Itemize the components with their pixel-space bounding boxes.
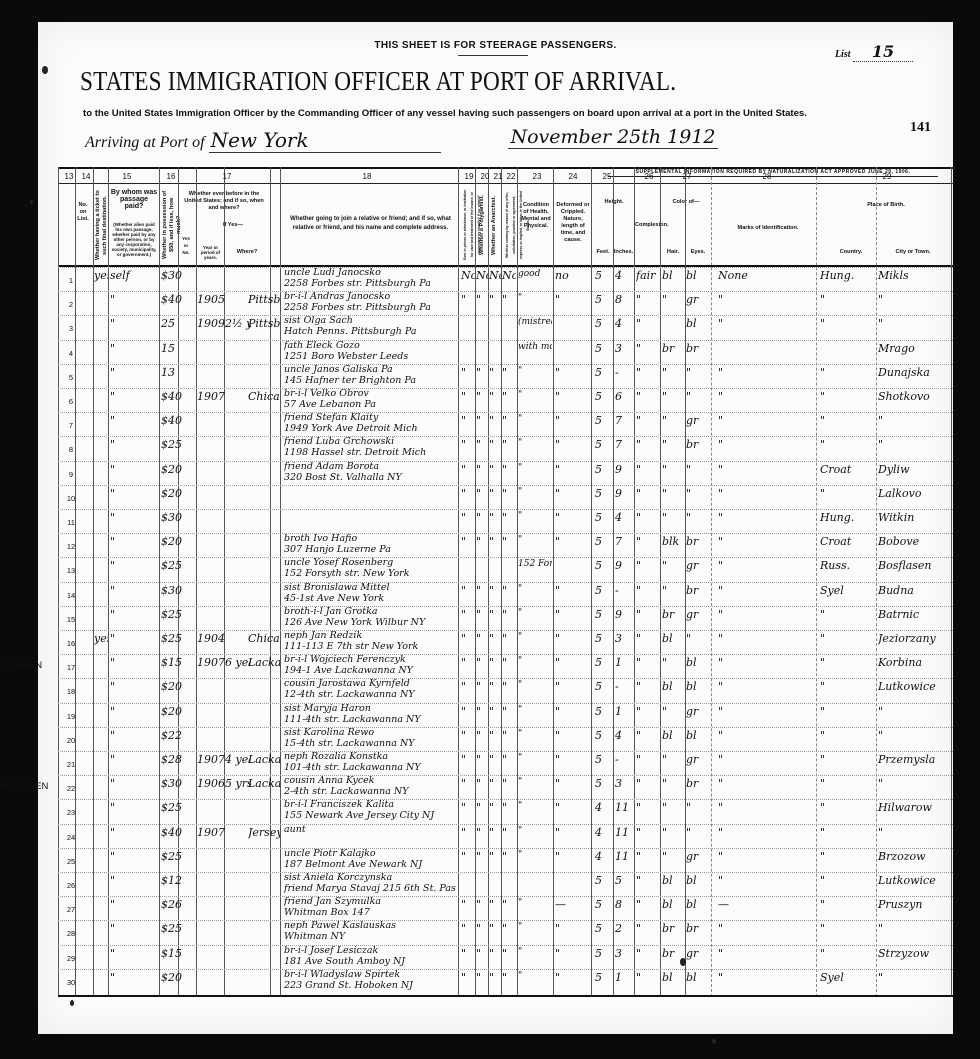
- page-title: STATES IMMIGRATION OFFICER AT PORT OF AR…: [80, 66, 676, 97]
- cell-ft: 5: [595, 922, 611, 935]
- cell-health: ": [518, 366, 552, 376]
- cell-h20: ": [476, 777, 488, 790]
- manifest-sheet: THIS SHEET IS FOR STEERAGE PASSENGERS. L…: [38, 22, 953, 1034]
- cell-relative: neph Jan Redzik: [284, 630, 456, 641]
- cell-deformed: ": [555, 293, 589, 306]
- cell-deformed: ": [555, 801, 589, 814]
- cell-ft: 5: [595, 511, 611, 524]
- cell-h20: ": [476, 366, 488, 379]
- cell-in: 5: [615, 874, 633, 887]
- cell-ft: 4: [595, 826, 611, 839]
- cell-country: ": [820, 680, 875, 693]
- scan-artifact: [70, 1000, 74, 1006]
- cell-in: 3: [615, 342, 633, 355]
- cell-deformed: ": [555, 922, 589, 935]
- cell-relative: aunt: [284, 824, 456, 835]
- arrival-date: November 25th 1912: [508, 126, 718, 149]
- cell-eyes: ": [686, 463, 710, 476]
- cell-marks: ": [718, 729, 813, 742]
- cell-country: ": [820, 366, 875, 379]
- cell-h19: ": [461, 850, 475, 863]
- cell-hair: bl: [662, 898, 684, 911]
- cell-h20: ": [476, 850, 488, 863]
- cell-deformed: ": [555, 366, 589, 379]
- header-polygamist: Whether a Polygamist.: [479, 189, 486, 261]
- column-number: 15: [118, 172, 136, 181]
- cell-in: 4: [615, 729, 633, 742]
- cell-city: Brzozow: [878, 850, 950, 863]
- cell-h22: ": [502, 656, 516, 669]
- cell-where: Lackawanna NY: [248, 753, 280, 766]
- cell-in: -: [615, 584, 633, 597]
- header-marks: Marks of Identification.: [718, 225, 818, 232]
- cell-country: Russ.: [820, 559, 875, 572]
- cell-paid: ": [110, 293, 156, 306]
- cell-before: 1906: [197, 777, 227, 790]
- table-row: 1yesself$30NoNoNoNogoodno54fairblblNoneH…: [58, 267, 953, 290]
- cell-cplx: ": [636, 511, 658, 524]
- row-number: 23: [62, 808, 80, 817]
- cell-country: ": [820, 753, 875, 766]
- cell-hair: ": [662, 826, 684, 839]
- cell-ft: 5: [595, 705, 611, 718]
- cell-hair: ": [662, 511, 684, 524]
- cell-health: ": [518, 535, 552, 545]
- header-height: Height.: [594, 199, 634, 206]
- cell-money: $40: [161, 826, 196, 839]
- cell-paid: ": [110, 317, 156, 330]
- cell-h22: ": [502, 293, 516, 306]
- cell-eyes: bl: [686, 656, 710, 669]
- cell-relative: uncle Yosef Rosenberg: [284, 557, 456, 568]
- cell-h21: ": [489, 366, 501, 379]
- cell-health: ": [518, 608, 552, 618]
- cell-ft: 5: [595, 584, 611, 597]
- header-health: Condition of Health, Mental and Physical…: [520, 202, 552, 230]
- cell-address: 1251 Boro Webster Leeds: [284, 351, 456, 362]
- cell-deformed: no: [555, 269, 589, 282]
- cell-eyes: br: [686, 535, 710, 548]
- header-eyes: Eyes.: [686, 249, 710, 256]
- cell-country: ": [820, 922, 875, 935]
- cell-address: 145 Hafner ter Brighton Pa: [284, 375, 456, 386]
- cell-before: 1909: [197, 317, 227, 330]
- header-color: Color of—: [662, 199, 710, 206]
- cell-address: 152 Forsyth str. New York: [284, 568, 456, 579]
- cell-address: friend Marya Stavaj 215 6th St. Passaic …: [284, 883, 456, 894]
- cell-h21: No: [489, 269, 501, 282]
- cell-eyes: bl: [686, 874, 710, 887]
- cell-money: $20: [161, 487, 196, 500]
- table-row: 9"$20""""""59""""CroatDyliwfriend Adam B…: [58, 461, 953, 484]
- cell-relative: cousin Anna Kycek: [284, 775, 456, 786]
- cell-health: ": [518, 801, 552, 811]
- row-number: 24: [62, 833, 80, 842]
- cell-hair: ": [662, 777, 684, 790]
- cell-cplx: ": [636, 753, 658, 766]
- cell-before: 1907: [197, 390, 227, 403]
- divider: [458, 55, 528, 56]
- cell-relative: sist Olga Sach: [284, 315, 456, 326]
- cell-marks: ": [718, 947, 813, 960]
- list-number-value: 15: [853, 42, 913, 62]
- table-row: 22"$3019065 yrsLackawanna NY""""""53""br…: [58, 775, 953, 798]
- cell-relative: cousin Jarostawa Kyrnfeld: [284, 678, 456, 689]
- cell-h22: ": [502, 584, 516, 597]
- cell-relative: friend Stefan Klaity: [284, 412, 456, 423]
- cell-marks: ": [718, 293, 813, 306]
- cell-h22: ": [502, 801, 516, 814]
- cell-h19: ": [461, 535, 475, 548]
- cell-h22: ": [502, 366, 516, 379]
- cell-country: ": [820, 874, 875, 887]
- cell-relative: neph Pawel Kaslauskas: [284, 920, 456, 931]
- cell-h21: ": [489, 584, 501, 597]
- cell-paid: ": [110, 850, 156, 863]
- cell-ft: 5: [595, 608, 611, 621]
- cell-cplx: ": [636, 487, 658, 500]
- cell-health: ": [518, 971, 552, 981]
- table-row: 19"$20""""""51""gr"""sist Maryja Haron11…: [58, 703, 953, 726]
- cell-h20: ": [476, 826, 488, 839]
- column-number: 27: [678, 172, 696, 181]
- cell-relative: uncle Janos Galiska Pa: [284, 364, 456, 375]
- cell-marks: ": [718, 680, 813, 693]
- cell-hair: bl: [662, 632, 684, 645]
- cell-relative: uncle Piotr Kalajko: [284, 848, 456, 859]
- cell-health: ": [518, 584, 552, 594]
- port-value: New York: [209, 128, 441, 153]
- cell-paid: ": [110, 559, 156, 572]
- cell-paid: ": [110, 753, 156, 766]
- table-row: 13"$25152 Forsyth Sr.59""gr"Russ.Bosflas…: [58, 557, 953, 580]
- cell-h22: ": [502, 826, 516, 839]
- cell-money: $20: [161, 705, 196, 718]
- header-feet: Feet.: [594, 249, 612, 256]
- cell-country: ": [820, 438, 875, 451]
- cell-money: $12: [161, 874, 196, 887]
- cell-marks: ": [718, 584, 813, 597]
- cell-h19: ": [461, 947, 475, 960]
- cell-ft: 5: [595, 874, 611, 887]
- cell-cplx: ": [636, 922, 658, 935]
- cell-ft: 5: [595, 947, 611, 960]
- cell-h22: ": [502, 438, 516, 451]
- cell-h20: ": [476, 390, 488, 403]
- column-number: 24: [564, 172, 582, 181]
- cell-deformed: —: [555, 898, 589, 911]
- cell-health: ": [518, 632, 552, 642]
- cell-ft: 5: [595, 438, 611, 451]
- cell-h22: ": [502, 922, 516, 935]
- cell-health: ": [518, 777, 552, 787]
- cell-health: ": [518, 850, 552, 860]
- cell-country: ": [820, 608, 875, 621]
- cell-city: Pruszyn: [878, 898, 950, 911]
- cell-relative: sist Bronislawa Mittel: [284, 582, 456, 593]
- cell-hair: ": [662, 414, 684, 427]
- cell-marks: ": [718, 632, 813, 645]
- cell-paid: ": [110, 777, 156, 790]
- alien-stamp: NT ALIEN: [0, 660, 42, 671]
- manifest-table: SUPPLEMENTAL INFORMATION REQUIRED BY NAT…: [58, 167, 953, 997]
- cell-paid: ": [110, 463, 156, 476]
- cell-marks: ": [718, 535, 813, 548]
- cell-money: $30: [161, 777, 196, 790]
- cell-address: 15-4th str. Lackawanna NY: [284, 738, 456, 749]
- column-number: 29: [878, 172, 896, 181]
- header-hair: Hair.: [662, 249, 684, 256]
- cell-h20: ": [476, 947, 488, 960]
- cell-city: Shotkovo: [878, 390, 950, 403]
- cell-cplx: ": [636, 632, 658, 645]
- cell-eyes: gr: [686, 850, 710, 863]
- cell-h21: ": [489, 971, 501, 984]
- cell-paid: ": [110, 680, 156, 693]
- cell-money: 13: [161, 366, 196, 379]
- cell-h19: ": [461, 826, 475, 839]
- cell-ft: 5: [595, 366, 611, 379]
- cell-in: 3: [615, 947, 633, 960]
- cell-marks: ": [718, 559, 813, 572]
- cell-eyes: br: [686, 342, 710, 355]
- cell-relative: sist Maryja Haron: [284, 703, 456, 714]
- cell-address: Whitman NY: [284, 931, 456, 942]
- cell-paid: ": [110, 729, 156, 742]
- cell-cplx: ": [636, 414, 658, 427]
- cell-address: 181 Ave South Amboy NJ: [284, 956, 456, 967]
- cell-deformed: ": [555, 947, 589, 960]
- row-number: 11: [62, 518, 80, 527]
- cell-eyes: gr: [686, 559, 710, 572]
- cell-ticket: yes: [94, 632, 108, 645]
- cell-eyes: ": [686, 511, 710, 524]
- cell-paid: ": [110, 656, 156, 669]
- cell-h22: ": [502, 487, 516, 500]
- cell-address: 111-113 E 7th str New York: [284, 641, 456, 652]
- cell-in: 1: [615, 971, 633, 984]
- cell-address: 12-4th str. Lackawanna NY: [284, 689, 456, 700]
- cell-city: Batrnic: [878, 608, 950, 621]
- cell-address: 187 Belmont Ave Newark NJ: [284, 859, 456, 870]
- cell-h19: ": [461, 366, 475, 379]
- cell-paid: ": [110, 947, 156, 960]
- table-row: 28"$25""""""52"brbr"""neph Pawel Kaslaus…: [58, 920, 953, 943]
- cell-relative: broth Ivo Hafio: [284, 533, 456, 544]
- cell-h22: ": [502, 729, 516, 742]
- cell-city: ": [878, 317, 950, 330]
- cell-h19: ": [461, 922, 475, 935]
- cell-money: $25: [161, 559, 196, 572]
- cell-paid: self: [110, 269, 156, 282]
- cell-in: 1: [615, 656, 633, 669]
- cell-h22: ": [502, 414, 516, 427]
- cell-h20: ": [476, 680, 488, 693]
- cell-ft: 5: [595, 317, 611, 330]
- cell-hair: br: [662, 342, 684, 355]
- header-city: City or Town.: [878, 249, 948, 256]
- cell-ft: 5: [595, 656, 611, 669]
- cell-eyes: br: [686, 584, 710, 597]
- cell-hair: ": [662, 463, 684, 476]
- cell-paid: ": [110, 632, 156, 645]
- cell-city: ": [878, 922, 950, 935]
- cell-hair: bl: [662, 729, 684, 742]
- cell-address: 57 Ave Lebanon Pa: [284, 399, 456, 410]
- row-number: 29: [62, 954, 80, 963]
- cell-marks: ": [718, 511, 813, 524]
- table-row: 6"$401907Chicago Ill""""""56"""""Shotkov…: [58, 388, 953, 411]
- cell-city: Lalkovo: [878, 487, 950, 500]
- cell-h22: ": [502, 511, 516, 524]
- cell-paid: ": [110, 342, 156, 355]
- cell-in: 9: [615, 559, 633, 572]
- cell-marks: ": [718, 438, 813, 451]
- cell-marks: ": [718, 850, 813, 863]
- cell-country: Hung.: [820, 511, 875, 524]
- row-number: 20: [62, 736, 80, 745]
- cell-deformed: ": [555, 850, 589, 863]
- header-anarchist: Whether an Anarchist.: [491, 189, 498, 261]
- cell-eyes: gr: [686, 414, 710, 427]
- cell-eyes: br: [686, 777, 710, 790]
- cell-deformed: ": [555, 826, 589, 839]
- cell-h20: ": [476, 898, 488, 911]
- cell-ft: 5: [595, 729, 611, 742]
- column-number: 14: [77, 172, 95, 181]
- cell-marks: ": [718, 826, 813, 839]
- row-number: 18: [62, 687, 80, 696]
- header-relative: Whether going to join a relative or frie…: [283, 215, 458, 233]
- cell-cplx: ": [636, 463, 658, 476]
- cell-h22: ": [502, 777, 516, 790]
- cell-money: $30: [161, 269, 196, 282]
- cell-money: $15: [161, 656, 196, 669]
- cell-h21: ": [489, 511, 501, 524]
- scan-border-left: [0, 0, 38, 1059]
- cell-eyes: bl: [686, 729, 710, 742]
- cell-hair: ": [662, 656, 684, 669]
- cell-marks: ": [718, 317, 813, 330]
- cell-ft: 5: [595, 777, 611, 790]
- cell-in: 7: [615, 438, 633, 451]
- cell-cplx: ": [636, 535, 658, 548]
- cell-h19: ": [461, 608, 475, 621]
- cell-paid: ": [110, 366, 156, 379]
- cell-ft: 5: [595, 463, 611, 476]
- cell-cplx: ": [636, 947, 658, 960]
- cell-h21: ": [489, 826, 501, 839]
- cell-city: Lutkowice: [878, 874, 950, 887]
- header-ticket: Whether having a ticket to such final de…: [95, 189, 109, 261]
- row-number: 9: [62, 470, 80, 479]
- header-inches: Inches.: [613, 249, 634, 256]
- cell-hair: bl: [662, 680, 684, 693]
- cell-marks: ": [718, 366, 813, 379]
- cell-country: ": [820, 317, 875, 330]
- cell-hair: ": [662, 753, 684, 766]
- cell-paid: ": [110, 414, 156, 427]
- cell-money: $20: [161, 971, 196, 984]
- cell-country: ": [820, 705, 875, 718]
- cell-h21: ": [489, 777, 501, 790]
- cell-health: ": [518, 826, 552, 836]
- cell-h20: ": [476, 729, 488, 742]
- header-no-on-list: No. on List.: [76, 202, 90, 223]
- table-row: 16yes"$251904Chicago Ill""""""53"bl"""Je…: [58, 630, 953, 653]
- cell-eyes: gr: [686, 947, 710, 960]
- cell-health: with mother 19/30: [518, 342, 552, 352]
- cell-eyes: gr: [686, 608, 710, 621]
- cell-in: 2: [615, 922, 633, 935]
- cell-h22: ": [502, 971, 516, 984]
- row-number: 5: [62, 373, 80, 382]
- cell-marks: ": [718, 705, 813, 718]
- cell-cplx: ": [636, 801, 658, 814]
- cell-h22: ": [502, 680, 516, 693]
- row-number: 30: [62, 978, 80, 987]
- cell-money: $40: [161, 414, 196, 427]
- cell-deformed: ": [555, 729, 589, 742]
- cell-cplx: ": [636, 559, 658, 572]
- cell-cplx: ": [636, 705, 658, 718]
- cell-paid: ": [110, 535, 156, 548]
- cell-h21: ": [489, 487, 501, 500]
- cell-country: ": [820, 390, 875, 403]
- cell-where: Pittsburgh Pa: [248, 293, 280, 306]
- cell-h19: ": [461, 971, 475, 984]
- cell-hair: ": [662, 850, 684, 863]
- table-row: 10"$20""""""59"""""Lalkovo: [58, 485, 953, 508]
- cell-h21: ": [489, 705, 501, 718]
- cell-eyes: gr: [686, 753, 710, 766]
- row-number: 12: [62, 542, 80, 551]
- cell-money: $25: [161, 850, 196, 863]
- row-number: 19: [62, 712, 80, 721]
- cell-paid: ": [110, 584, 156, 597]
- cell-marks: ": [718, 414, 813, 427]
- cell-marks: ": [718, 463, 813, 476]
- cell-paid: ": [110, 922, 156, 935]
- cell-address: Whitman Box 147: [284, 907, 456, 918]
- table-row: 12"$20""""""57"blkbr"CroatBobovebroth Iv…: [58, 533, 953, 556]
- cell-h21: ": [489, 656, 501, 669]
- cell-marks: ": [718, 971, 813, 984]
- row-number: 8: [62, 445, 80, 454]
- cell-h20: ": [476, 705, 488, 718]
- row-number: 10: [62, 494, 80, 503]
- cell-marks: None: [718, 269, 813, 282]
- header-place-of-birth: Place of Birth.: [826, 202, 946, 209]
- header-passage-paid: By whom was passage paid?: [110, 189, 158, 210]
- cell-cplx: fair: [636, 269, 658, 282]
- row-number: 26: [62, 881, 80, 890]
- cell-h21: ": [489, 898, 501, 911]
- cell-h21: ": [489, 680, 501, 693]
- row-number: 27: [62, 905, 80, 914]
- cell-hair: br: [662, 922, 684, 935]
- table-row: 21"$2819074 yearsLackawanna NY""""""5-""…: [58, 751, 953, 774]
- cell-h22: ": [502, 390, 516, 403]
- cell-eyes: ": [686, 632, 710, 645]
- cell-country: ": [820, 632, 875, 645]
- cell-h19: ": [461, 414, 475, 427]
- cell-deformed: ": [555, 971, 589, 984]
- cell-where: Chicago Ill: [248, 390, 280, 403]
- cell-hair: bl: [662, 971, 684, 984]
- cell-relative: friend Jan Szymulka: [284, 896, 456, 907]
- cell-city: ": [878, 438, 950, 451]
